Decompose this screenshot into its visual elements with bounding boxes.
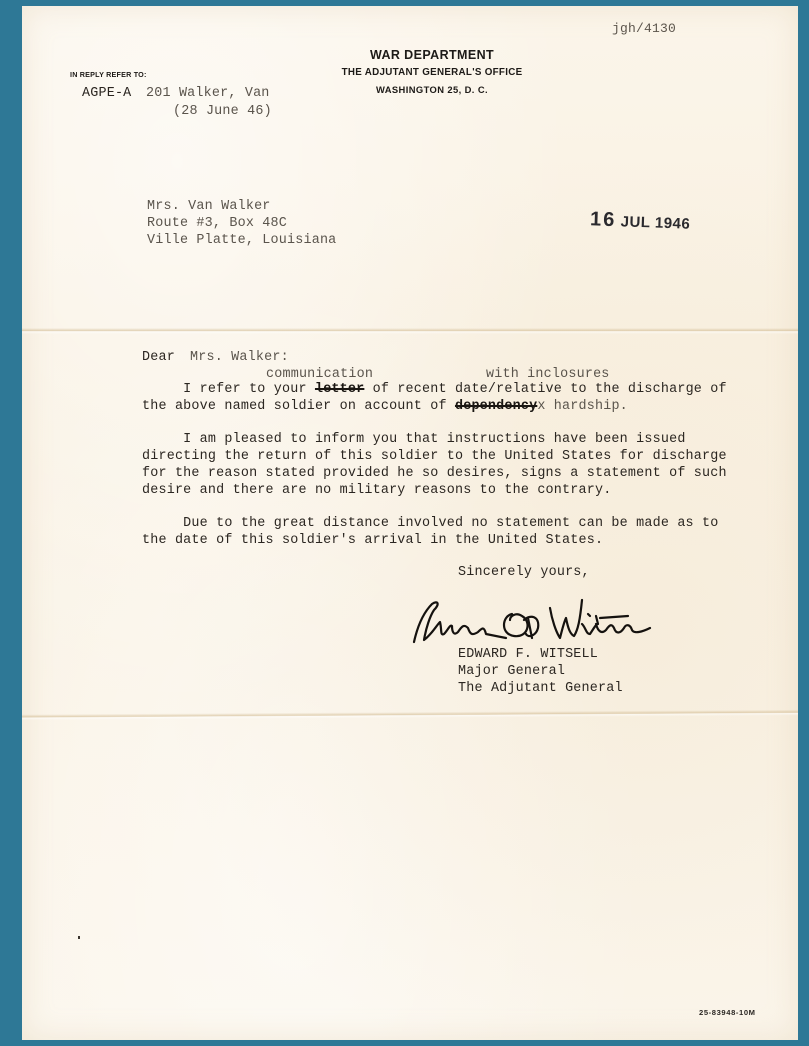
salutation-dear: Dear <box>142 349 175 366</box>
paragraph-2-line: desire and there are no military reasons… <box>142 482 611 499</box>
text-segment: the above named soldier on account of <box>142 399 455 414</box>
letterhead-department: WAR DEPARTMENT <box>312 48 552 62</box>
date-stamp-day: 16 <box>590 208 617 231</box>
paragraph-2-line: for the reason stated provided he so des… <box>142 465 727 482</box>
file-code: jgh/4130 <box>612 20 676 37</box>
text-segment: of recent date/relative to the discharge… <box>364 382 726 397</box>
struck-word: dependency <box>455 399 537 414</box>
recipient-street: Route #3, Box 48C <box>147 215 287 232</box>
closing: Sincerely yours, <box>458 564 590 581</box>
form-number: 25-83948-10M <box>699 1008 756 1017</box>
paragraph-3-line: Due to the great distance involved no st… <box>142 515 719 532</box>
ink-speck <box>78 936 80 939</box>
text-segment: I refer to your <box>142 382 315 397</box>
paragraph-2-line: I am pleased to inform you that instruct… <box>142 431 686 448</box>
letterhead-office: THE ADJUTANT GENERAL'S OFFICE <box>292 67 572 78</box>
paragraph-1-line-1: I refer to your letter of recent date/re… <box>142 381 727 398</box>
salutation-name: Mrs. Walker: <box>190 349 289 366</box>
paragraph-1-line-2: the above named soldier on account of de… <box>142 398 628 415</box>
text-segment: x hardship. <box>537 399 628 414</box>
reply-reference-label: IN REPLY REFER TO: <box>70 70 147 79</box>
reference-code: AGPE-A <box>82 85 131 102</box>
date-stamp: 16 JUL 1946 <box>590 208 691 234</box>
reference-date: (28 June 46) <box>173 103 272 120</box>
date-stamp-month-year: JUL 1946 <box>620 213 690 232</box>
paragraph-3-line: the date of this soldier's arrival in th… <box>142 532 603 549</box>
letterhead-location: WASHINGTON 25, D. C. <box>312 84 552 95</box>
fold-crease <box>22 710 798 721</box>
fold-crease <box>22 328 798 334</box>
signatory-title: The Adjutant General <box>458 680 623 697</box>
recipient-name: Mrs. Van Walker <box>147 198 271 215</box>
handwritten-signature <box>410 594 660 650</box>
struck-word: letter <box>315 382 364 397</box>
signatory-rank: Major General <box>458 663 565 680</box>
letter-page: jgh/4130 WAR DEPARTMENT THE ADJUTANT GEN… <box>22 6 798 1040</box>
paragraph-2-line: directing the return of this soldier to … <box>142 448 727 465</box>
recipient-city: Ville Platte, Louisiana <box>147 232 336 249</box>
reference-subject: 201 Walker, Van <box>146 85 270 102</box>
signatory-name: EDWARD F. WITSELL <box>458 646 598 663</box>
